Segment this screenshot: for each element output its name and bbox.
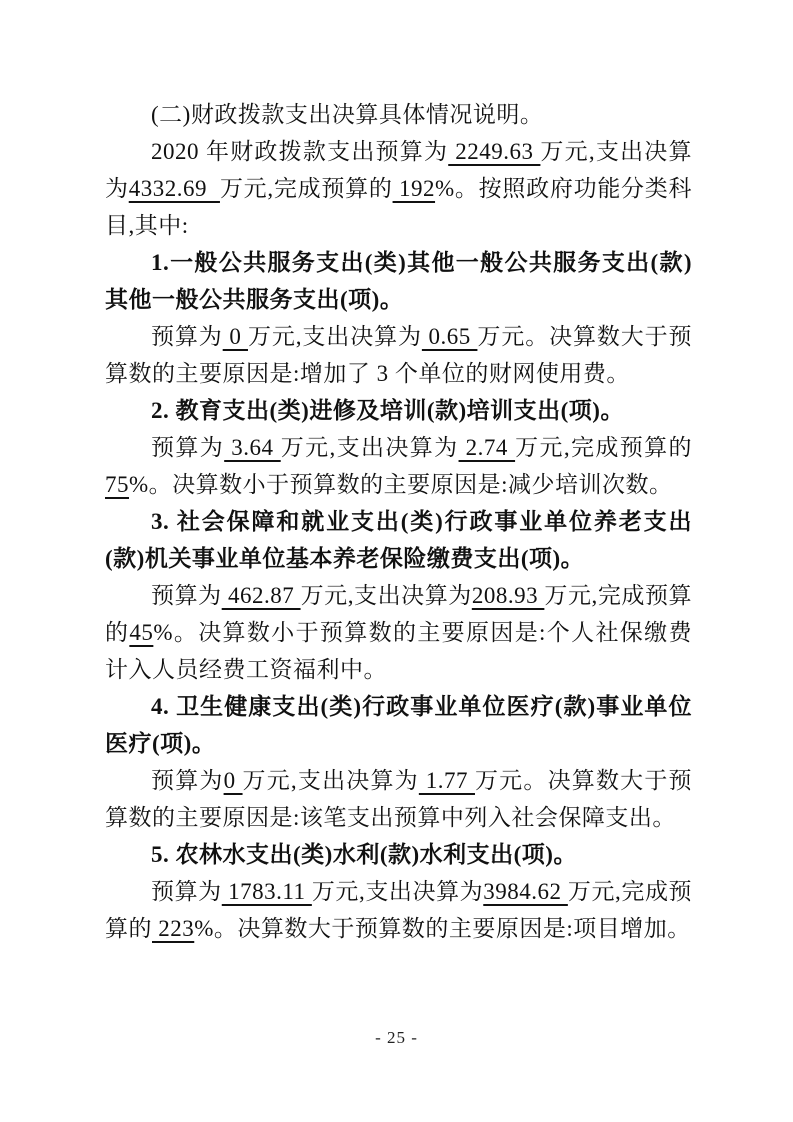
text-run: 2. 教育支出(类)进修及培训(款)培训支出(项)。 [151,398,624,423]
underlined-value: 208.93 [472,583,545,608]
underlined-value: 75 [105,472,129,497]
text-run: 万元,支出决算为 [312,879,483,904]
underlined-value: 223 [152,916,194,941]
underlined-value: 2.74 [459,435,516,460]
section-heading: 3. 社会保障和就业支出(类)行政事业单位养老支出(款)机关事业单位基本养老保险… [105,503,692,577]
text-run: 预算为 [151,583,222,608]
page-number: - 25 - [0,1028,793,1048]
underlined-value: 3984.62 [483,879,568,904]
underlined-value: 0 [223,324,248,349]
document-body: 2020 年财政拨款支出预算为 2249.63 万元,支出决算为4332.69 … [105,133,692,947]
text-run: 1.一般公共服务支出(类)其他一般公共服务支出(款)其他一般公共服务支出(项)。 [105,250,692,312]
paragraph: 预算为 0 万元,支出决算为 0.65 万元。决算数大于预算数的主要原因是:增加… [105,318,692,392]
underlined-value: 1783.11 [222,879,312,904]
text-run: 2020 年财政拨款支出预算为 [151,139,448,164]
text-run: 万元,支出决算为 [301,583,472,608]
paragraph: 预算为0 万元,支出决算为 1.77 万元。决算数大于预算数的主要原因是:该笔支… [105,762,692,836]
section-heading: 4. 卫生健康支出(类)行政事业单位医疗(款)事业单位医疗(项)。 [105,688,692,762]
section-heading: 5. 农林水支出(类)水利(款)水利支出(项)。 [105,836,692,873]
text-run: 预算为 [151,879,222,904]
text-run: 万元,完成预算的 [515,435,692,460]
text-run: 预算为 [151,324,223,349]
section-heading: 2. 教育支出(类)进修及培训(款)培训支出(项)。 [105,392,692,429]
underlined-value: 0.65 [422,324,478,349]
underlined-value: 2249.63 [448,139,540,164]
underlined-value: 192 [393,176,435,201]
underlined-value: 0 [224,768,243,793]
text-run: 万元,支出决算为 [243,768,419,793]
document-page: (二)财政拨款支出决算具体情况说明。 2020 年财政拨款支出预算为 2249.… [0,0,793,1122]
underlined-value: 3.64 [224,435,281,460]
underlined-value: 4332.69 [129,176,220,201]
paragraph: 预算为 1783.11 万元,支出决算为3984.62 万元,完成预算的 223… [105,873,692,947]
underlined-value: 45 [129,620,153,645]
text-run: %。决算数大于预算数的主要原因是:项目增加。 [194,916,691,941]
text-run: %。决算数小于预算数的主要原因是:减少培训次数。 [129,472,673,497]
text-run: 预算为 [151,768,224,793]
paragraph: 2020 年财政拨款支出预算为 2249.63 万元,支出决算为4332.69 … [105,133,692,244]
text-run: 5. 农林水支出(类)水利(款)水利支出(项)。 [151,842,577,867]
underlined-value: 462.87 [222,583,301,608]
text-run: 万元,支出决算为 [281,435,459,460]
paragraph: 预算为 462.87 万元,支出决算为208.93 万元,完成预算的45%。决算… [105,577,692,688]
paragraph: 预算为 3.64 万元,支出决算为 2.74 万元,完成预算的75%。决算数小于… [105,429,692,503]
underlined-value: 1.77 [419,768,475,793]
section-title: (二)财政拨款支出决算具体情况说明。 [105,96,692,133]
text-run: 预算为 [151,435,224,460]
text-run: %。决算数小于预算数的主要原因是:个人社保缴费计入人员经费工资福利中。 [105,620,692,682]
section-heading: 1.一般公共服务支出(类)其他一般公共服务支出(款)其他一般公共服务支出(项)。 [105,244,692,318]
text-run: 3. 社会保障和就业支出(类)行政事业单位养老支出(款)机关事业单位基本养老保险… [105,509,692,571]
text-run: 4. 卫生健康支出(类)行政事业单位医疗(款)事业单位医疗(项)。 [105,694,692,756]
document-content: (二)财政拨款支出决算具体情况说明。 2020 年财政拨款支出预算为 2249.… [105,96,692,947]
text-run: 万元,完成预算的 [220,176,393,201]
text-run: 万元,支出决算为 [248,324,422,349]
